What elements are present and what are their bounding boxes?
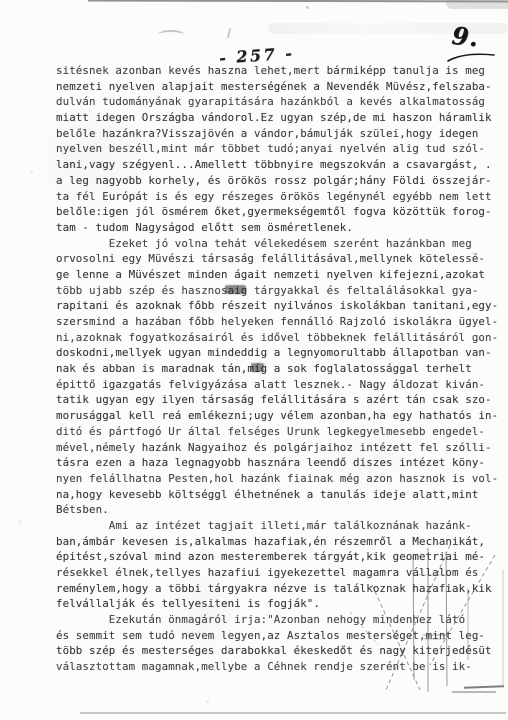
paper-speck — [18, 520, 21, 523]
typed-text-line: épitést,szóval mind azon mesteremberek t… — [56, 549, 506, 565]
typed-text-line: Ezeket jó volna tehát vélekedésem szerén… — [56, 236, 506, 252]
typed-text-line: ni,azoknak fogyatkozásairól és idővel tö… — [56, 330, 506, 346]
typed-text-line: tam - tudom Nagyságod előtt sem ösméretl… — [56, 220, 506, 236]
page-number-corner-digit: 9. — [451, 21, 481, 53]
paper-speck — [206, 700, 209, 703]
pencil-squiggle-mark — [158, 30, 184, 39]
scan-corner-smudge — [446, 0, 508, 9]
scanned-document-page: - 257 - 9. sitésnek azonban kevés haszna… — [0, 0, 508, 720]
typed-text-line: ditó és pártfogó Ur által felséges Urunk… — [56, 424, 506, 440]
typed-text-line: Ami az intézet tagjait illeti,már találk… — [56, 518, 506, 534]
typed-text-line: belőle:igen jól ösmérem őket,gyermeksége… — [56, 204, 506, 220]
typed-text-line: mével,némely hazánk Nagyaihoz és polgárj… — [56, 440, 506, 456]
pencil-dot-mark — [306, 6, 309, 9]
typed-text-line: épittő igazgatás felvigyázása alatt lesz… — [56, 377, 506, 393]
typed-text-line: ta fél Európát is és egy részeges örökös… — [56, 189, 506, 205]
typed-text-line: a leg nagyobb korhely, és örökös rossz p… — [56, 173, 506, 189]
typed-text-line: ban,ámbár kevesen is,alkalmas hazafiak,é… — [56, 534, 506, 550]
typewritten-text-block: sitésnek azonban kevés haszna lehet,mert… — [56, 63, 506, 675]
typed-text-line: na,hogy kevesebb költséggl élhetnének a … — [56, 487, 506, 503]
typed-text-line: doskodni,mellyek ugyan mindeddig a legny… — [56, 345, 506, 361]
typed-text-line: tásra ezen a haza legnagyobb hasznára le… — [56, 455, 506, 471]
pen-dash-mark — [452, 691, 496, 693]
typed-text-line: nak és abban is maradnak tán,míg a sok f… — [56, 361, 506, 377]
typed-text-line: lani,vagy szégyenl...Amellett többnyire … — [56, 157, 506, 173]
typed-text-line: résekkel élnek,tellyes hazafiui igyekeze… — [56, 565, 506, 581]
typed-text-line: reménylem,hogy a többi tárgyakra nézve i… — [56, 581, 506, 597]
typed-text-line: Ezekután önmagáról irja:"Azonban nehogy … — [56, 612, 506, 628]
typed-text-line: nyelven beszéll,mint már többet tudó;any… — [56, 141, 506, 157]
typed-text-line: több szép és mesterséges darabokkal ékes… — [56, 643, 506, 659]
typed-text-line: nyen felállhatna Pesten,hol hazánk fiain… — [56, 471, 506, 487]
underline-swoosh-mark — [446, 49, 498, 63]
typed-text-line: választottam magamnak,mellybe a Céhnek r… — [56, 659, 506, 675]
paper-speck — [30, 170, 33, 173]
typed-text-line: több ujabb szép és hasznosaig tárgyakkal… — [56, 283, 506, 299]
scan-bottom-edge-line — [80, 712, 506, 714]
pencil-tick-mark — [227, 28, 231, 38]
typed-text-line: tatik ugyan egy ilyen társaság felállitá… — [56, 392, 506, 408]
typed-text-line: rapitani és azoknak főbb részeit nyilván… — [56, 298, 506, 314]
typed-text-line: orvosolni egy Müvészi társaság felállitá… — [56, 251, 506, 267]
typed-text-line: nemzeti nyelven alapjait mesterségének a… — [56, 79, 506, 95]
typed-text-line: morusággal kell reá emlékezni;ugy vélem … — [56, 408, 506, 424]
typed-text-line: miatt idegen Országba vándorol.Ez ugyan … — [56, 110, 506, 126]
typed-text-line: belőle hazánkra?Visszajövén a vándor,bám… — [56, 126, 506, 142]
pen-dash-mark — [464, 685, 504, 688]
typed-text-line: sitésnek azonban kevés haszna lehet,mert… — [56, 63, 506, 79]
typed-text-line: szersmind a hazában főbb helyeken fennál… — [56, 314, 506, 330]
scan-top-edge-line — [88, 0, 508, 2]
typed-text-line: és semmit sem tudó nevem legyen,az Aszta… — [56, 628, 506, 644]
typed-text-line: dulván tudományának gyarapitására hazánk… — [56, 94, 506, 110]
typed-text-line: Bétsben. — [56, 502, 506, 518]
page-number-corner: 9. — [452, 22, 502, 62]
typed-text-line: ge lenne a Müvészet minden ágait nemzeti… — [56, 267, 506, 283]
typed-text-line: felvállalják és tellyesiteni is fogják". — [56, 596, 506, 612]
